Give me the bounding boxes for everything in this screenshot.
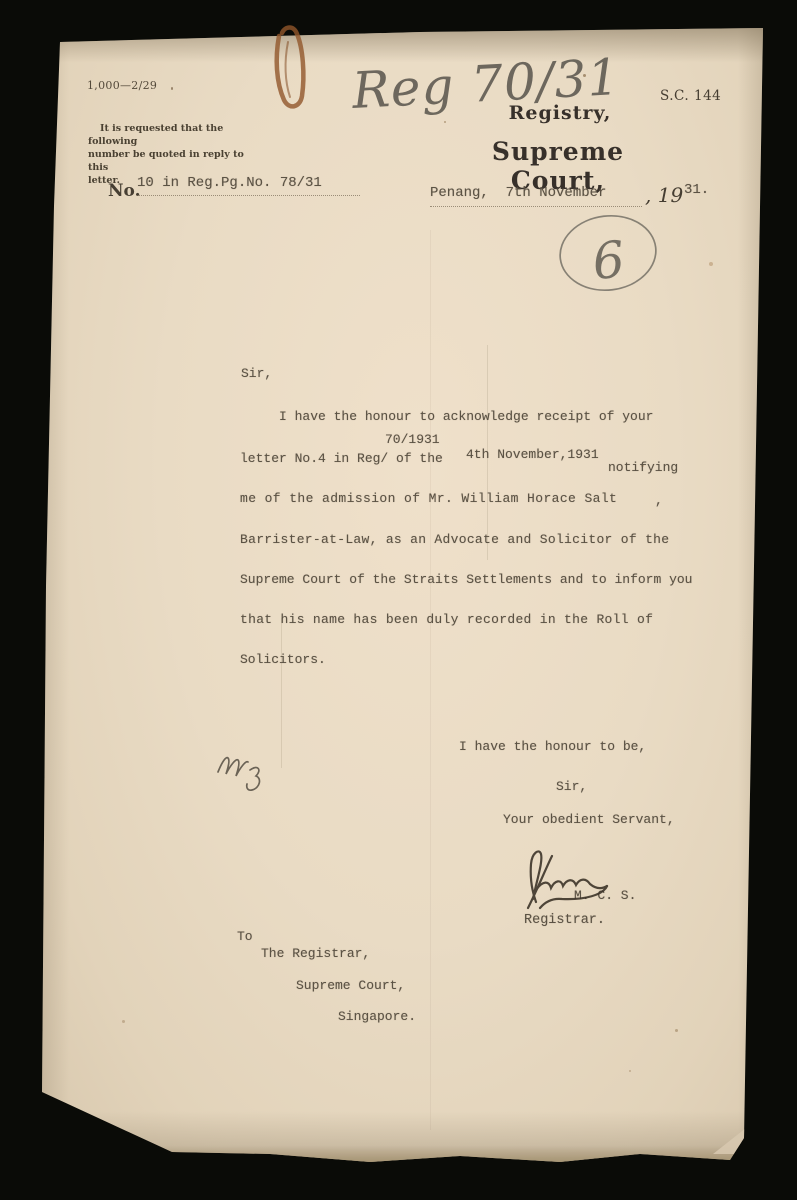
- closing-honour: I have the honour to be,: [459, 739, 646, 754]
- closing-sir: Sir,: [556, 779, 587, 794]
- letter-content: 1,000—2/29 S.C. 144 It is requested that…: [0, 0, 797, 1200]
- body-line-3-comma: ,: [655, 493, 663, 508]
- body-line-7: Solicitors.: [240, 652, 326, 667]
- notice-line: number be quoted in reply to this: [88, 148, 266, 174]
- paper-crease: [430, 230, 431, 1130]
- recipient-to-label: To: [237, 929, 253, 944]
- body-line-6: that his name has been duly recorded in …: [240, 612, 653, 627]
- recipient-line-3: Singapore.: [338, 1009, 416, 1024]
- ref-no-label: No.: [108, 181, 141, 201]
- registry-heading: Registry,: [500, 102, 620, 124]
- body-line-2-prefix: letter No.4 in Reg/ of the: [240, 451, 443, 466]
- form-code: S.C. 144: [660, 88, 721, 104]
- body-line-1: I have the honour to acknowledge receipt…: [279, 409, 653, 424]
- year-typed: 31.: [684, 182, 709, 198]
- salutation: Sir,: [241, 366, 272, 381]
- form-number: 1,000—2/29: [87, 79, 157, 92]
- body-line-5: Supreme Court of the Straits Settlements…: [240, 572, 692, 587]
- body-line-3: me of the admission of Mr. William Horac…: [240, 491, 617, 506]
- place-date: Penang, 7th November: [430, 185, 642, 207]
- signer-title: Registrar.: [524, 913, 605, 928]
- paper-crease: [281, 618, 282, 768]
- ref-no-value: 10 in Reg.Pg.No. 78/31: [137, 175, 360, 196]
- scanned-letter-page: 1,000—2/29 S.C. 144 It is requested that…: [0, 0, 797, 1200]
- body-line-4: Barrister-at-Law, as an Advocate and Sol…: [240, 532, 669, 547]
- recipient-line-2: Supreme Court,: [296, 978, 405, 993]
- closing-servant: Your obedient Servant,: [503, 812, 675, 827]
- service-initials: M. C. S.: [574, 888, 636, 903]
- notice-line: It is requested that the following: [88, 122, 266, 148]
- body-line-2-date: 4th November,1931: [466, 447, 599, 462]
- year-printed: , 19: [645, 183, 683, 207]
- recipient-line-1: The Registrar,: [261, 946, 370, 961]
- body-line-2-suffix: notifying: [608, 460, 678, 475]
- ref-superscript: 70/1931: [385, 432, 440, 447]
